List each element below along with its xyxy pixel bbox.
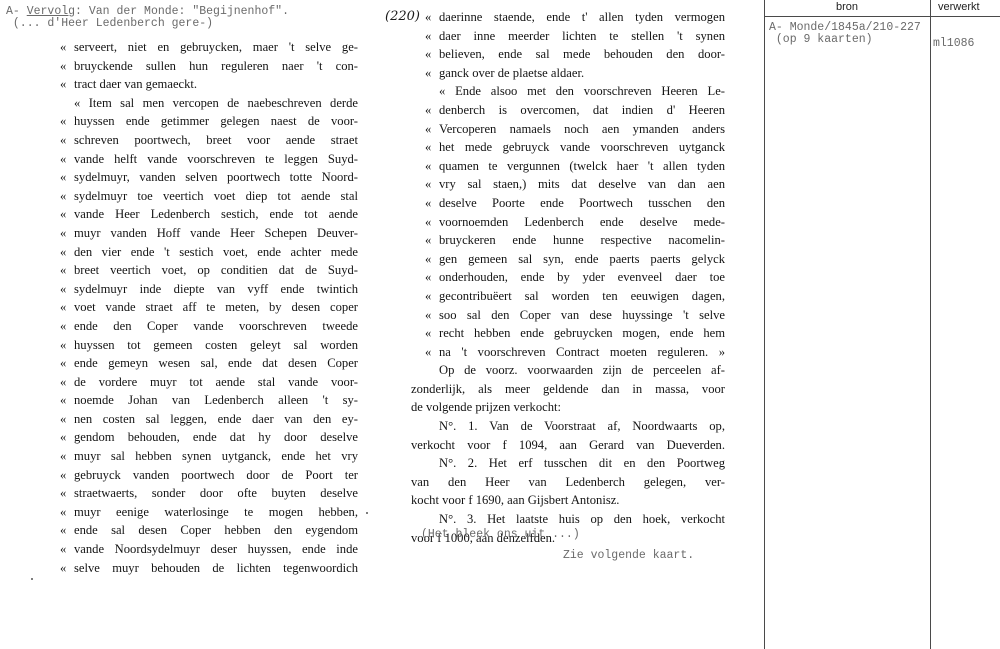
quote-mark: «: [60, 38, 74, 57]
quote-mark: «: [60, 484, 74, 503]
quote-mark: «: [60, 131, 74, 150]
quote-mark: «: [425, 64, 439, 83]
line-text: sydelmuyr inde diepte van vyff ende twin…: [74, 282, 358, 296]
text-line: «denberch is overcomen, dat indien d' He…: [425, 101, 725, 120]
quote-mark: «: [425, 343, 439, 362]
quote-mark: «: [60, 224, 74, 243]
line-text: zonderlijk, als meer geldende dan in mas…: [411, 382, 725, 396]
quote-mark: «: [60, 75, 74, 94]
typed-note: (Het bleek ons uit ...): [421, 529, 580, 541]
line-text: quamen te vergunnen (twelck haer 't alle…: [439, 159, 725, 173]
scan-speck: [31, 578, 33, 580]
text-line: «daerinne staende, ende t' allen tyden v…: [425, 8, 725, 27]
line-text: ganck over de plaetse aldaer.: [439, 66, 584, 80]
text-line: «sydelmuyr toe veertich voet diep tot ae…: [60, 187, 358, 206]
text-line: «huyssen tot gemeen costen geleyt sal wo…: [60, 336, 358, 355]
line-text: onderhouden, ende by yder evenveel daer …: [439, 270, 725, 284]
line-text: het mede gebruyck vande voorschreven uyt…: [439, 140, 725, 154]
line-text: kocht voor f 1690, aan Gijsbert Antonisz…: [411, 493, 619, 507]
quote-mark: «: [425, 157, 439, 176]
text-line: «breet veertich voet, op conditien dat d…: [60, 261, 358, 280]
quote-mark: «: [425, 268, 439, 287]
text-line: «soo sal den Coper van dese huyssinge 't…: [425, 306, 725, 325]
quote-mark: «: [60, 205, 74, 224]
line-text: « Item sal men vercopen de naebeschreven…: [74, 96, 358, 110]
text-line: « Item sal men vercopen de naebeschreven…: [60, 94, 358, 113]
text-line: «bruyckeren ende hunne respective nacome…: [425, 231, 725, 250]
text-line: «bruyckende sullen hun reguleren naer 't…: [60, 57, 358, 76]
text-line: «gebruyck vanden poortwech door de Poort…: [60, 466, 358, 485]
line-text: muyr sal hebben synen uytganck, ende het…: [74, 449, 358, 463]
line-text: believen, ende sal mede behouden den doo…: [439, 47, 725, 61]
text-line: «ganck over de plaetse aldaer.: [425, 64, 725, 83]
text-line: « Ende alsoo met den voorschreven Heeren…: [425, 82, 725, 101]
line-text: den vier ende 't sestich voet, ende acht…: [74, 245, 358, 259]
text-line: «ende gemeyn wesen sal, ende dat desen C…: [60, 354, 358, 373]
quote-mark: «: [60, 57, 74, 76]
text-line: «muyr sal hebben synen uytganck, ende he…: [60, 447, 358, 466]
quote-mark: «: [425, 8, 439, 27]
line-text: N°. 3. Het laatste huis op den hoek, ver…: [439, 512, 725, 526]
text-line: «noemde Johan van Ledenberch alleen 't s…: [60, 391, 358, 410]
text-line: «serveert, niet en gebruycken, maer 't s…: [60, 38, 358, 57]
text-line: N°. 2. Het erf tusschen dit en den Poort…: [425, 454, 725, 473]
line-text: daer inne meerder lichten te stellen 't …: [439, 29, 725, 43]
left-text-column: «serveert, niet en gebruycken, maer 't s…: [60, 38, 358, 577]
quote-mark: «: [425, 324, 439, 343]
line-text: ende gemeyn wesen sal, ende dat desen Co…: [74, 356, 358, 370]
line-text: N°. 1. Van de Voorstraat af, Noordwaarts…: [439, 419, 725, 433]
header-bron: bron: [764, 1, 930, 13]
line-text: bruyckende sullen hun reguleren naer 't …: [74, 59, 358, 73]
text-line: «believen, ende sal mede behouden den do…: [425, 45, 725, 64]
quote-mark: «: [60, 336, 74, 355]
line-text: soo sal den Coper van dese huyssinge 't …: [439, 308, 725, 322]
line-text: deselve Poorte ende Poortwech tusschen d…: [439, 196, 725, 210]
text-line: «sydelmuyr inde diepte van vyff ende twi…: [60, 280, 358, 299]
text-line: «muyr eenige waterlosinge te mogen hebbe…: [60, 503, 358, 522]
source-table-header: bron verwerkt: [764, 0, 1000, 17]
text-line: zonderlijk, als meer geldende dan in mas…: [411, 380, 725, 399]
text-line: «ende den Coper vande voorschreven tweed…: [60, 317, 358, 336]
line-text: muyr vanden Hoff vande Heer Schepen Deuv…: [74, 226, 358, 240]
line-text: Op de voorz. voorwaarden zijn de perceel…: [439, 363, 725, 377]
text-line: «voornoemden Ledenberch ende deselve med…: [425, 213, 725, 232]
line-text: recht hebben ende gebruycken mogen, ende…: [439, 326, 725, 340]
line-text: schreven poortwech, breet voor aende str…: [74, 133, 358, 147]
text-line: «voet vande straet aff te meten, by dese…: [60, 298, 358, 317]
text-line: «vande Heer Ledenberch sestich, ende tot…: [60, 205, 358, 224]
line-text: ende sal desen Coper hebben den eygendom: [74, 523, 358, 537]
text-line: «huyssen ende getimmer gelegen naest de …: [60, 112, 358, 131]
quote-mark: «: [425, 231, 439, 250]
quote-mark: «: [60, 447, 74, 466]
line-text: bruyckeren ende hunne respective nacomel…: [439, 233, 725, 247]
line-text: huyssen ende getimmer gelegen naest de v…: [74, 114, 358, 128]
quote-mark: «: [60, 410, 74, 429]
line-text: van den Heer van Ledenberch gelegen, ver…: [411, 475, 725, 489]
text-line: «vry sal staen,) mits dat deselve van da…: [425, 175, 725, 194]
quote-mark: «: [425, 101, 439, 120]
line-text: tract daer van gemaeckt.: [74, 77, 197, 91]
text-line: «vande helft vande voorschreven te legge…: [60, 150, 358, 169]
line-text: sydelmuyr toe veertich voet diep tot aen…: [74, 189, 358, 203]
page-number: (220): [385, 8, 420, 27]
text-line: «schreven poortwech, breet voor aende st…: [60, 131, 358, 150]
card-header: A- Vervolg: Van der Monde: "Begijnenhof"…: [6, 6, 289, 30]
line-text: huyssen tot gemeen costen geleyt sal wor…: [74, 338, 358, 352]
quote-mark: «: [425, 306, 439, 325]
line-text: selve muyr behouden de lichten tegenwoor…: [74, 561, 358, 575]
quote-mark: «: [425, 213, 439, 232]
middle-text-column: «daerinne staende, ende t' allen tyden v…: [425, 8, 725, 547]
text-line: «tract daer van gemaeckt.: [60, 75, 358, 94]
quote-mark: «: [425, 45, 439, 64]
quote-mark: «: [60, 428, 74, 447]
text-line: N°. 3. Het laatste huis op den hoek, ver…: [425, 510, 725, 529]
text-line: «Vercoperen namaels noch aen ymanden and…: [425, 120, 725, 139]
line-text: gebruyck vanden poortwech door de Poort …: [74, 468, 358, 482]
line-text: muyr eenige waterlosinge te mogen hebben…: [74, 505, 358, 519]
quote-mark: «: [60, 503, 74, 522]
text-line: «na 't voorschreven Contract moeten regu…: [425, 343, 725, 362]
table-divider-left: [764, 0, 765, 649]
text-line: «vande Noordsydelmuyr deser huyssen, end…: [60, 540, 358, 559]
text-line: «ende sal desen Coper hebben den eygendo…: [60, 521, 358, 540]
text-line: «de vordere muyr tot aende stal vande vo…: [60, 373, 358, 392]
text-line: «selve muyr behouden de lichten tegenwoo…: [60, 559, 358, 578]
quote-mark: «: [425, 138, 439, 157]
quote-mark: «: [60, 187, 74, 206]
text-line: «daer inne meerder lichten te stellen 't…: [425, 27, 725, 46]
text-line: «den vier ende 't sestich voet, ende ach…: [60, 243, 358, 262]
line-text: vande helft vande voorschreven te leggen…: [74, 152, 358, 166]
quote-mark: «: [60, 521, 74, 540]
line-text: breet veertich voet, op conditien dat de…: [74, 263, 358, 277]
quote-mark: «: [60, 150, 74, 169]
quote-mark: «: [425, 120, 439, 139]
line-text: verkocht voor f 1094, aan Gerard van Due…: [411, 438, 725, 452]
quote-mark: «: [425, 27, 439, 46]
quote-mark: «: [60, 391, 74, 410]
quote-mark: «: [60, 243, 74, 262]
text-line: Op de voorz. voorwaarden zijn de perceel…: [425, 361, 725, 380]
text-line: «het mede gebruyck vande voorschreven uy…: [425, 138, 725, 157]
line-text: gendom behouden, ende dat hy door deselv…: [74, 430, 358, 444]
quote-mark: «: [60, 298, 74, 317]
text-line: «deselve Poorte ende Poortwech tusschen …: [425, 194, 725, 213]
quote-mark: «: [60, 466, 74, 485]
text-line: «gendom behouden, ende dat hy door desel…: [60, 428, 358, 447]
line-text: ende den Coper vande voorschreven tweede: [74, 319, 358, 333]
see-next-card-note: Zie volgende kaart.: [563, 550, 694, 562]
quote-mark: «: [60, 540, 74, 559]
line-text: N°. 2. Het erf tusschen dit en den Poort…: [439, 456, 725, 470]
text-line: de volgende prijzen verkocht:: [411, 398, 725, 417]
text-line: verkocht voor f 1094, aan Gerard van Due…: [411, 436, 725, 455]
text-line: «quamen te vergunnen (twelck haer 't all…: [425, 157, 725, 176]
processed-code: ml1086: [933, 38, 974, 50]
text-line: «gecontribuëert sal worden ten eeuwigen …: [425, 287, 725, 306]
line-text: gecontribuëert sal worden ten eeuwigen d…: [439, 289, 725, 303]
line-text: gen gemeen sal syn, ende paerts paerts g…: [439, 252, 725, 266]
text-line: N°. 1. Van de Voorstraat af, Noordwaarts…: [425, 417, 725, 436]
text-line: «nen costen sal leggen, ende daer van de…: [60, 410, 358, 429]
quote-mark: «: [60, 261, 74, 280]
line-text: vande Noordsydelmuyr deser huyssen, ende…: [74, 542, 358, 556]
quote-mark: «: [60, 168, 74, 187]
line-text: voet vande straet aff te meten, by desen…: [74, 300, 358, 314]
text-line: «muyr vanden Hoff vande Heer Schepen Deu…: [60, 224, 358, 243]
text-line: «straetwaerts, sonder door ofte buyten d…: [60, 484, 358, 503]
header-verwerkt: verwerkt: [936, 1, 1000, 13]
text-line: «recht hebben ende gebruycken mogen, end…: [425, 324, 725, 343]
text-line: «sydelmuyr, vanden selven poortwech tott…: [60, 168, 358, 187]
line-text: vande Heer Ledenberch sestich, ende tot …: [74, 207, 358, 221]
quote-mark: «: [425, 175, 439, 194]
line-text: de vordere muyr tot aende stal vande voo…: [74, 375, 358, 389]
header-subtitle: (... d'Heer Ledenberch gere-): [6, 17, 213, 30]
line-text: vry sal staen,) mits dat deselve van dan…: [439, 177, 725, 191]
line-text: denberch is overcomen, dat indien d' Hee…: [439, 103, 725, 117]
quote-mark: «: [60, 559, 74, 578]
quote-mark: «: [60, 317, 74, 336]
line-text: voornoemden Ledenberch ende deselve mede…: [439, 215, 725, 229]
line-text: nen costen sal leggen, ende daer van den…: [74, 412, 358, 426]
line-text: Vercoperen namaels noch aen ymanden ande…: [439, 122, 725, 136]
line-text: sydelmuyr, vanden selven poortwech totte…: [74, 170, 358, 184]
quote-mark: «: [425, 287, 439, 306]
quote-mark: «: [60, 373, 74, 392]
line-text: daerinne staende, ende t' allen tyden ve…: [439, 10, 725, 24]
quote-mark: «: [60, 112, 74, 131]
line-text: serveert, niet en gebruycken, maer 't se…: [74, 40, 358, 54]
text-line: kocht voor f 1690, aan Gijsbert Antonisz…: [411, 491, 725, 510]
quote-mark: «: [425, 194, 439, 213]
quote-mark: «: [60, 280, 74, 299]
line-text: straetwaerts, sonder door ofte buyten de…: [74, 486, 358, 500]
quote-mark: «: [425, 250, 439, 269]
source-reference: A- Monde/1845a/210-227 (op 9 kaarten): [769, 22, 921, 46]
line-text: noemde Johan van Ledenberch alleen 't sy…: [74, 393, 358, 407]
line-text: na 't voorschreven Contract moeten regul…: [439, 345, 725, 359]
quote-mark: «: [60, 354, 74, 373]
text-line: «gen gemeen sal syn, ende paerts paerts …: [425, 250, 725, 269]
text-line: «onderhouden, ende by yder evenveel daer…: [425, 268, 725, 287]
text-line: van den Heer van Ledenberch gelegen, ver…: [411, 473, 725, 492]
table-divider-middle: [930, 0, 931, 649]
line-text: « Ende alsoo met den voorschreven Heeren…: [439, 84, 725, 98]
line-text: de volgende prijzen verkocht:: [411, 400, 561, 414]
scan-speck: [366, 512, 368, 514]
